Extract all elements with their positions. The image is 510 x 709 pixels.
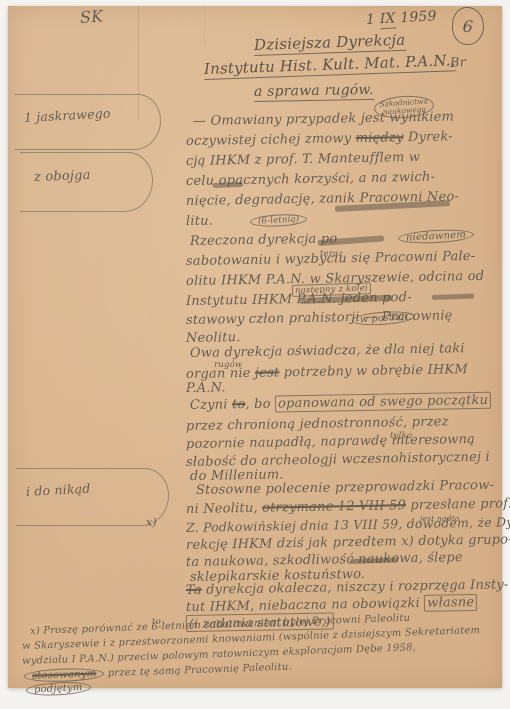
date-month: IX bbox=[379, 10, 396, 29]
scanned-page: SK 1 IX 1959 6 Br Dzisiejsza Dyrekcja In… bbox=[0, 0, 510, 709]
footnote-marker: x) bbox=[146, 516, 157, 529]
circled-word: podjętym bbox=[26, 681, 91, 697]
title-line-3: a sprawa rugów. bbox=[254, 82, 374, 102]
page-number: 6 bbox=[462, 16, 474, 36]
struck-word: jest bbox=[255, 365, 280, 380]
struck-circled-word: stosowanym bbox=[24, 667, 105, 683]
handwritten-line: cją IHKM z prof. T. Manteufflem w bbox=[186, 150, 420, 169]
line-text: oczywistej cichej zmowy bbox=[186, 131, 356, 149]
date-year: 1959 bbox=[400, 8, 437, 26]
margin-note-2: z obojga bbox=[34, 168, 91, 185]
inserted-note: niedawnem bbox=[398, 228, 475, 245]
handwritten-line: litu. bbox=[186, 214, 213, 229]
scribble-strike bbox=[213, 182, 243, 188]
handwritten-line: Czyni to, bo opanowana od swego początku bbox=[190, 393, 491, 413]
line-text: przez tę samą Pracownię Paleolitu. bbox=[104, 662, 292, 680]
inserted-word: tylko bbox=[390, 431, 412, 441]
handwritten-line: pozornie naupadłą, naprawdę interesowną bbox=[186, 432, 475, 452]
handwritten-line: Rzeczona dyrekcja po bbox=[190, 231, 338, 249]
date-day: 1 bbox=[366, 12, 376, 28]
paper-crease bbox=[204, 6, 205, 46]
inserted-word: teraz bbox=[320, 249, 343, 259]
handwritten-line: P.A.N. bbox=[186, 380, 226, 396]
line-text: potrzebny w obrębie IHKM bbox=[279, 362, 468, 380]
handwritten-line: — Omawiany przypadek jest wynikiem bbox=[193, 109, 454, 129]
corner-note: SK bbox=[79, 6, 104, 27]
handwritten-line: ni Neolitu, otrzymane 12 VIII 59 przesła… bbox=[186, 496, 510, 517]
struck-phrase: otrzymane 12 VIII 59 bbox=[262, 498, 406, 516]
paper-sheet: SK 1 IX 1959 6 Br Dzisiejsza Dyrekcja In… bbox=[8, 6, 502, 688]
handwritten-line: oczywistej cichej zmowy między Dyrek- bbox=[186, 129, 453, 149]
boxed-word: własne bbox=[424, 594, 477, 612]
line-text: Czyni bbox=[190, 397, 232, 413]
handwritten-line: Z. Podkowińskiej dnia 13 VIII 59, dowode… bbox=[186, 514, 510, 535]
line-text: , bo bbox=[245, 397, 275, 413]
handwritten-line: Neolitu. bbox=[186, 330, 241, 346]
struck-word: to bbox=[232, 397, 246, 412]
inserted-word: rugów bbox=[214, 360, 242, 370]
boxed-phrase: opanowana od swego początku bbox=[275, 392, 491, 413]
page-number-circle: 6 bbox=[451, 6, 486, 46]
struck-word: między bbox=[356, 130, 404, 146]
inserted-word: jest nadto bbox=[420, 514, 460, 523]
line-text: Dyrek- bbox=[403, 129, 453, 145]
date-stamp: 1 IX 1959 bbox=[366, 8, 438, 28]
handwritten-line: słabość do archeologji wczesnohistoryczn… bbox=[186, 450, 490, 470]
scribble-strike bbox=[432, 294, 474, 300]
title-line-2: Instytutu Hist. Kult. Mat. P.A.N., bbox=[204, 51, 456, 80]
title-line-1: Dzisiejsza Dyrekcja bbox=[254, 31, 406, 56]
inserted-note: (6-letnią) bbox=[250, 213, 308, 228]
line-text: przesłane prof. bbox=[406, 496, 510, 513]
line-text: ni Neolitu, bbox=[186, 501, 262, 517]
struck-word: Ta bbox=[186, 583, 202, 598]
